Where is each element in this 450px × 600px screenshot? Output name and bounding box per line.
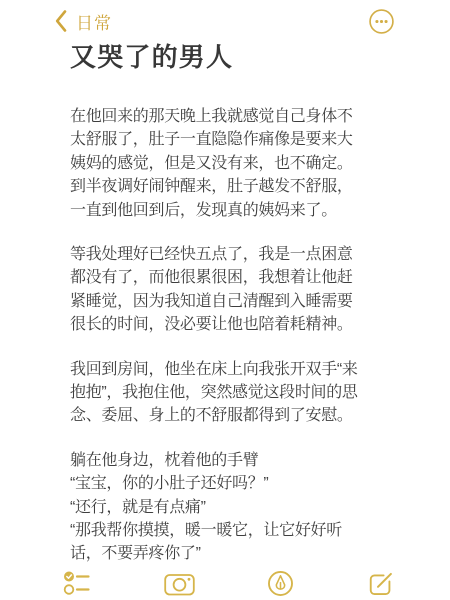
note-paragraph: 我回到房间，他坐在床上向我张开双手“来 抱抱”，我抱住他，突然感觉这段时间的思 … [70,358,400,428]
note-line: 一直到他回到后，发现真的姨妈来了。 [70,199,400,222]
note-line: 等我处理好已经快五点了，我是一点困意 [70,243,400,266]
note-line: 抱抱”，我抱住他，突然感觉这段时间的思 [70,381,400,404]
compose-icon [367,570,394,597]
back-chevron-icon [55,10,67,32]
checklist-button[interactable] [63,570,91,596]
note-line: 太舒服了，肚子一直隐隐作痛像是要来大 [70,128,400,151]
note-line: 紧睡觉，因为我知道自己清醒到入睡需要 [70,290,400,313]
note-line: 躺在他身边，枕着他的手臂 [70,449,400,472]
note-title: 又哭了的男人 [70,43,400,73]
back-button[interactable]: 日常 [55,9,112,34]
checklist-icon [63,570,91,596]
note-line: “宝宝，你的小肚子还好吗？” [70,472,400,495]
camera-icon [164,571,195,596]
top-nav-bar: 日常 [0,0,450,34]
note-line: 话，不要弄疼你了” [70,542,400,565]
camera-button[interactable] [164,571,195,596]
more-options-button[interactable] [368,8,395,35]
compose-button[interactable] [367,570,394,597]
note-line: 念、委屈、身上的不舒服都得到了安慰。 [70,404,400,427]
note-line: 到半夜调好闹钟醒来，肚子越发不舒服， [70,175,400,198]
note-line: 在他回来的那天晚上我就感觉自己身体不 [70,105,400,128]
note-line: 我回到房间，他坐在床上向我张开双手“来 [70,358,400,381]
markup-pen-icon [267,570,294,597]
bottom-toolbar [0,569,450,597]
note-line: 很长的时间，没必要让他也陪着耗精神。 [70,313,400,336]
markup-button[interactable] [267,570,294,597]
note-line: 都没有了，而他很累很困，我想着让他赶 [70,266,400,289]
ellipsis-circle-icon [368,8,395,35]
note-paragraph: 躺在他身边，枕着他的手臂 “宝宝，你的小肚子还好吗？” “还行，就是有点痛” “… [70,449,400,566]
note-line: “那我帮你摸摸，暖一暖它，让它好好听 [70,519,400,542]
note-line: “还行，就是有点痛” [70,496,400,519]
note-paragraph: 在他回来的那天晚上我就感觉自己身体不 太舒服了，肚子一直隐隐作痛像是要来大 姨妈… [70,105,400,222]
note-line: 姨妈的感觉，但是又没有来，也不确定。 [70,152,400,175]
note-paragraph: 等我处理好已经快五点了，我是一点困意 都没有了，而他很累很困，我想着让他赶 紧睡… [70,243,400,337]
note-editor[interactable]: 又哭了的男人 在他回来的那天晚上我就感觉自己身体不 太舒服了，肚子一直隐隐作痛像… [0,43,450,566]
back-folder-label: 日常 [76,9,112,34]
